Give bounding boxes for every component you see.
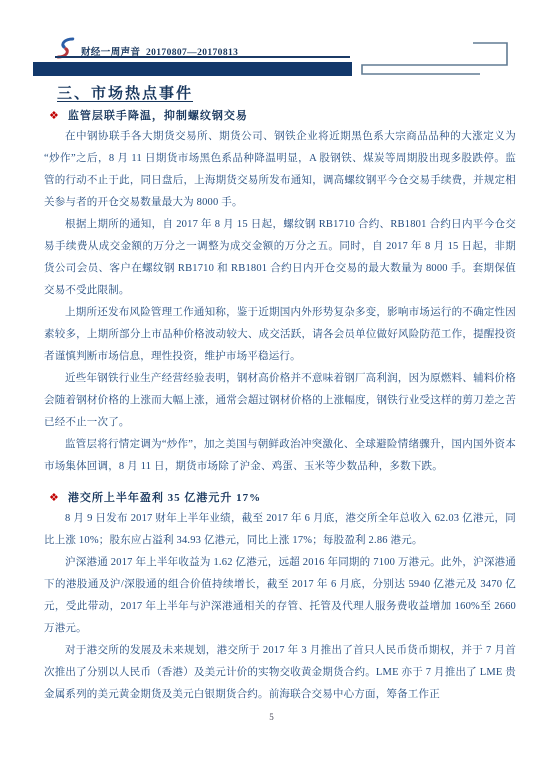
topic-spacer: [44, 478, 516, 488]
header-rule: [55, 56, 350, 58]
page-number: 5: [0, 712, 543, 722]
topic-2-heading-row: ❖ 港交所上半年盈利 35 亿港元升 17%: [44, 488, 516, 508]
paragraph: 对于港交所的发展及未来规划，港交所于 2017 年 3 月推出了首只人民币货币期…: [44, 640, 516, 706]
paragraph: 近些年钢铁行业生产经营经验表明，钢材高价格并不意味着钢厂高利润，因为原燃料、辅料…: [44, 368, 516, 434]
section-title: 三、市场热点事件: [57, 82, 193, 103]
topic-1-heading: 监管层联手降温，抑制螺纹钢交易: [68, 106, 248, 126]
diamond-bullet-icon: ❖: [49, 106, 59, 126]
header-navy-bar: [33, 62, 352, 76]
paragraph: 上期所还发布风险管理工作通知称，鉴于近期国内外形势复杂多变，影响市场运行的不确定…: [44, 302, 516, 368]
paragraph: 监管层将行情定调为“炒作”，加之美国与朝鲜政治冲突激化、全球避险情绪骤升，国内国…: [44, 434, 516, 478]
topic-1-heading-row: ❖ 监管层联手降温，抑制螺纹钢交易: [44, 106, 516, 126]
header-decorative-lines: [355, 40, 515, 80]
page-content: ❖ 监管层联手降温，抑制螺纹钢交易 在中钢协联手各大期货交易所、期货公司、钢铁企…: [44, 106, 516, 706]
paragraph: 沪深港通 2017 年上半年收益为 1.62 亿港元，远超 2016 年同期的 …: [44, 552, 516, 640]
paragraph: 根据上期所的通知，自 2017 年 8 月 15 日起，螺纹钢 RB1710 合…: [44, 214, 516, 302]
topic-2-heading: 港交所上半年盈利 35 亿港元升 17%: [68, 488, 261, 508]
paragraph: 在中钢协联手各大期货交易所、期货公司、钢铁企业将近期黑色系大宗商品品种的大涨定义…: [44, 126, 516, 214]
diamond-bullet-icon: ❖: [49, 488, 59, 508]
paragraph: 8 月 9 日发布 2017 财年上半年业绩，截至 2017 年 6 月底，港交…: [44, 508, 516, 552]
report-page: 财经一周声音 20170807—20170813 三、市场热点事件 ❖ 监管层联…: [0, 0, 543, 768]
